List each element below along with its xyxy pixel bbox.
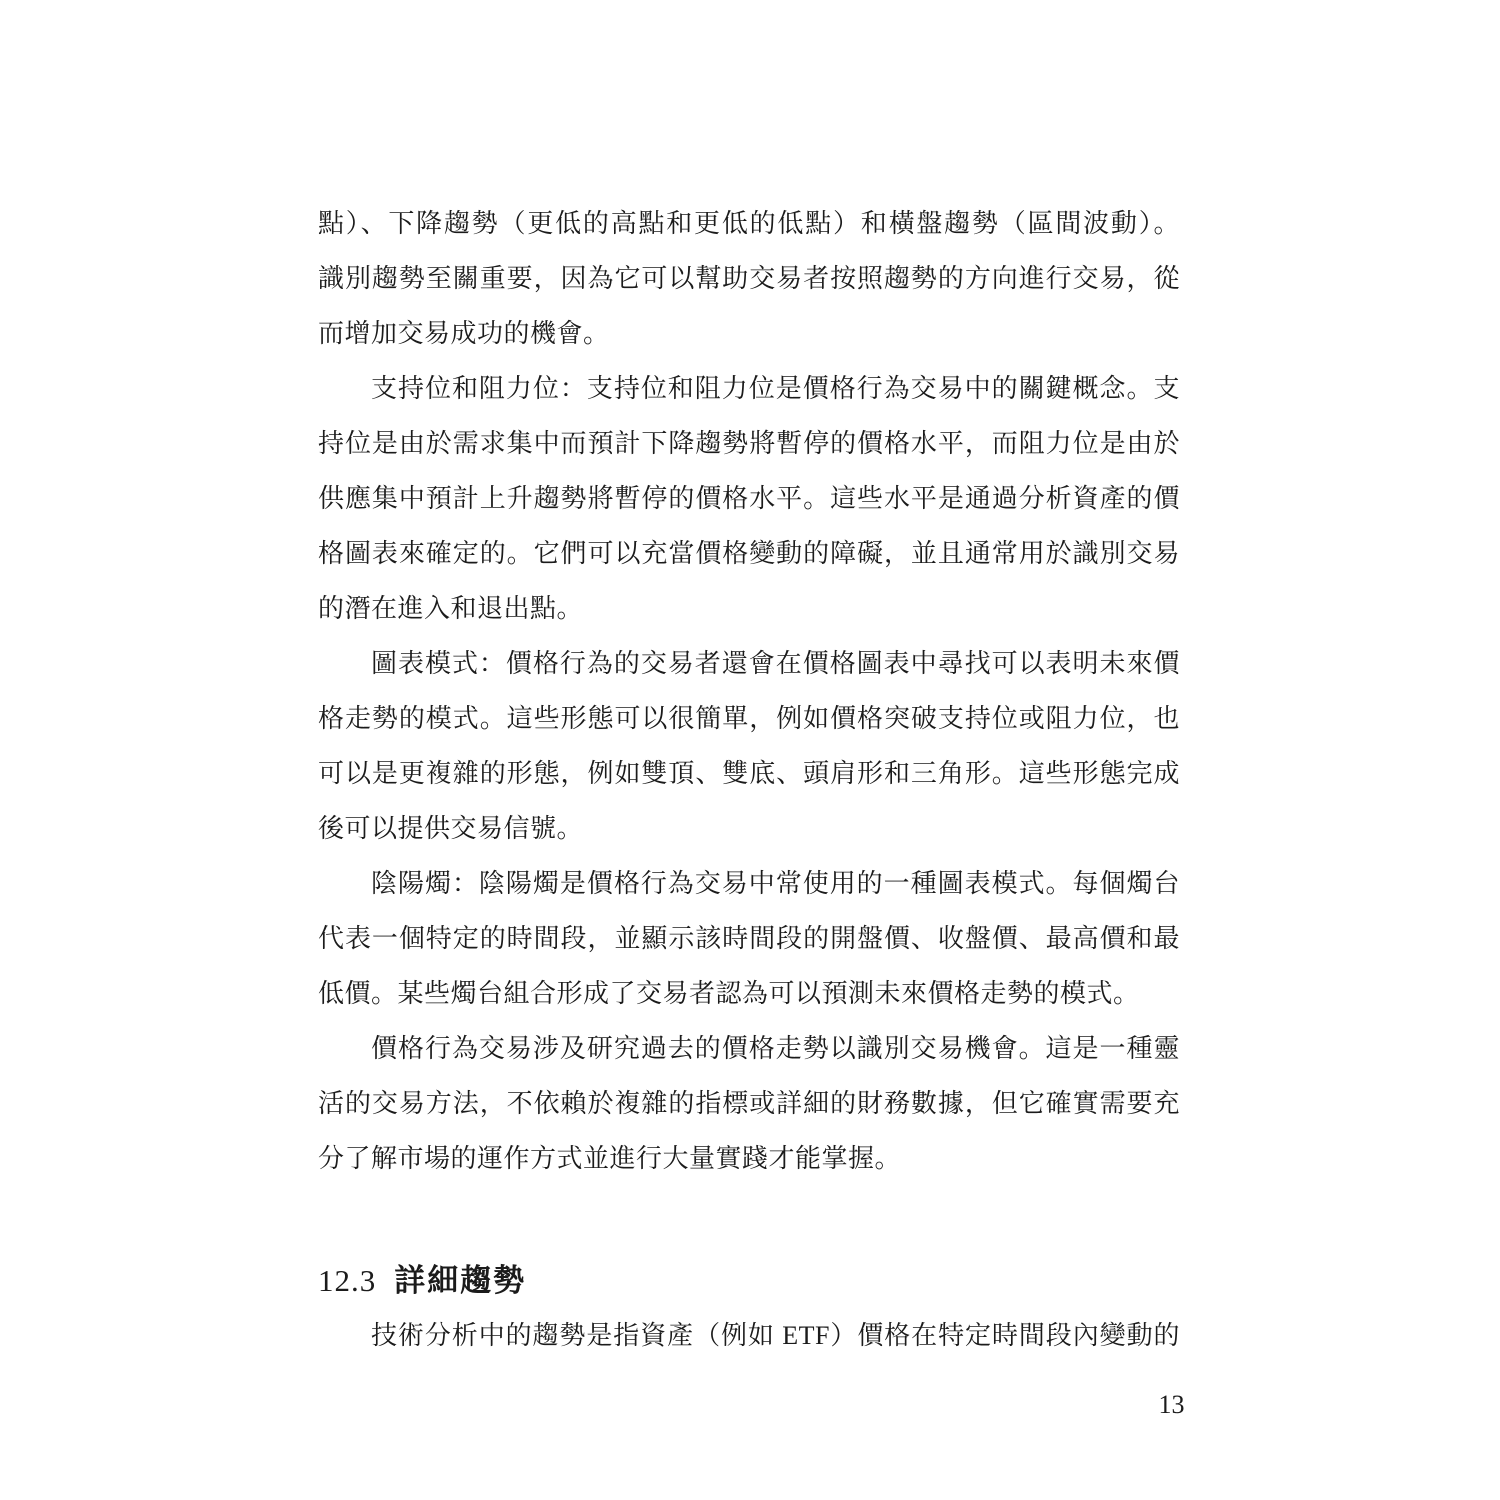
paragraph: 點）、下降趨勢（更低的高點和更低的低點）和橫盤趨勢（區間波動）。識別趨勢至關重要… — [318, 196, 1180, 361]
text-line: 後可以提供交易信號。 — [318, 801, 1180, 856]
text-line: 格圖表來確定的。它們可以充當價格變動的障礙，並且通常用於識別交易 — [318, 526, 1180, 581]
text-line: 的潛在進入和退出點。 — [318, 581, 1180, 636]
text-line: 技術分析中的趨勢是指資產（例如 ETF）價格在特定時間段內變動的 — [318, 1308, 1180, 1363]
text-line: 點）、下降趨勢（更低的高點和更低的低點）和橫盤趨勢（區間波動）。 — [318, 196, 1180, 251]
section-title: 詳細趨勢 — [394, 1263, 526, 1298]
text-line: 供應集中預計上升趨勢將暫停的價格水平。這些水平是通過分析資產的價 — [318, 471, 1180, 526]
paragraph: 價格行為交易涉及研究過去的價格走勢以識別交易機會。這是一種靈活的交易方法，不依賴… — [318, 1021, 1180, 1186]
text-line: 價格行為交易涉及研究過去的價格走勢以識別交易機會。這是一種靈 — [318, 1021, 1180, 1076]
text-line: 可以是更複雜的形態，例如雙頂、雙底、頭肩形和三角形。這些形態完成 — [318, 746, 1180, 801]
section-number: 12.3 — [318, 1263, 376, 1298]
text-line: 圖表模式：價格行為的交易者還會在價格圖表中尋找可以表明未來價 — [318, 636, 1180, 691]
text-line: 陰陽燭：陰陽燭是價格行為交易中常使用的一種圖表模式。每個燭台 — [318, 856, 1180, 911]
section-heading: 12.3 詳細趨勢 — [318, 1253, 1180, 1308]
text-line: 識別趨勢至關重要，因為它可以幫助交易者按照趨勢的方向進行交易，從 — [318, 251, 1180, 306]
document-page: 點）、下降趨勢（更低的高點和更低的低點）和橫盤趨勢（區間波動）。識別趨勢至關重要… — [0, 0, 1500, 1500]
paragraph-group-after-heading: 技術分析中的趨勢是指資產（例如 ETF）價格在特定時間段內變動的 — [318, 1308, 1180, 1363]
text-line: 代表一個特定的時間段，並顯示該時間段的開盤價、收盤價、最高價和最 — [318, 911, 1180, 966]
text-line: 低價。某些燭台組合形成了交易者認為可以預測未來價格走勢的模式。 — [318, 966, 1180, 1021]
text-line: 而增加交易成功的機會。 — [318, 306, 1180, 361]
paragraph: 圖表模式：價格行為的交易者還會在價格圖表中尋找可以表明未來價格走勢的模式。這些形… — [318, 636, 1180, 856]
paragraph: 技術分析中的趨勢是指資產（例如 ETF）價格在特定時間段內變動的 — [318, 1308, 1180, 1363]
text-line: 分了解市場的運作方式並進行大量實踐才能掌握。 — [318, 1131, 1180, 1186]
text-line: 持位是由於需求集中而預計下降趨勢將暫停的價格水平，而阻力位是由於 — [318, 416, 1180, 471]
text-line: 支持位和阻力位：支持位和阻力位是價格行為交易中的關鍵概念。支 — [318, 361, 1180, 416]
text-line: 格走勢的模式。這些形態可以很簡單，例如價格突破支持位或阻力位，也 — [318, 691, 1180, 746]
paragraph: 陰陽燭：陰陽燭是價格行為交易中常使用的一種圖表模式。每個燭台代表一個特定的時間段… — [318, 856, 1180, 1021]
text-column: 點）、下降趨勢（更低的高點和更低的低點）和橫盤趨勢（區間波動）。識別趨勢至關重要… — [318, 196, 1180, 1363]
page-number: 13 — [1144, 1390, 1199, 1420]
text-line: 活的交易方法，不依賴於複雜的指標或詳細的財務數據，但它確實需要充 — [318, 1076, 1180, 1131]
paragraph-group-main: 點）、下降趨勢（更低的高點和更低的低點）和橫盤趨勢（區間波動）。識別趨勢至關重要… — [318, 196, 1180, 1186]
paragraph: 支持位和阻力位：支持位和阻力位是價格行為交易中的關鍵概念。支持位是由於需求集中而… — [318, 361, 1180, 636]
